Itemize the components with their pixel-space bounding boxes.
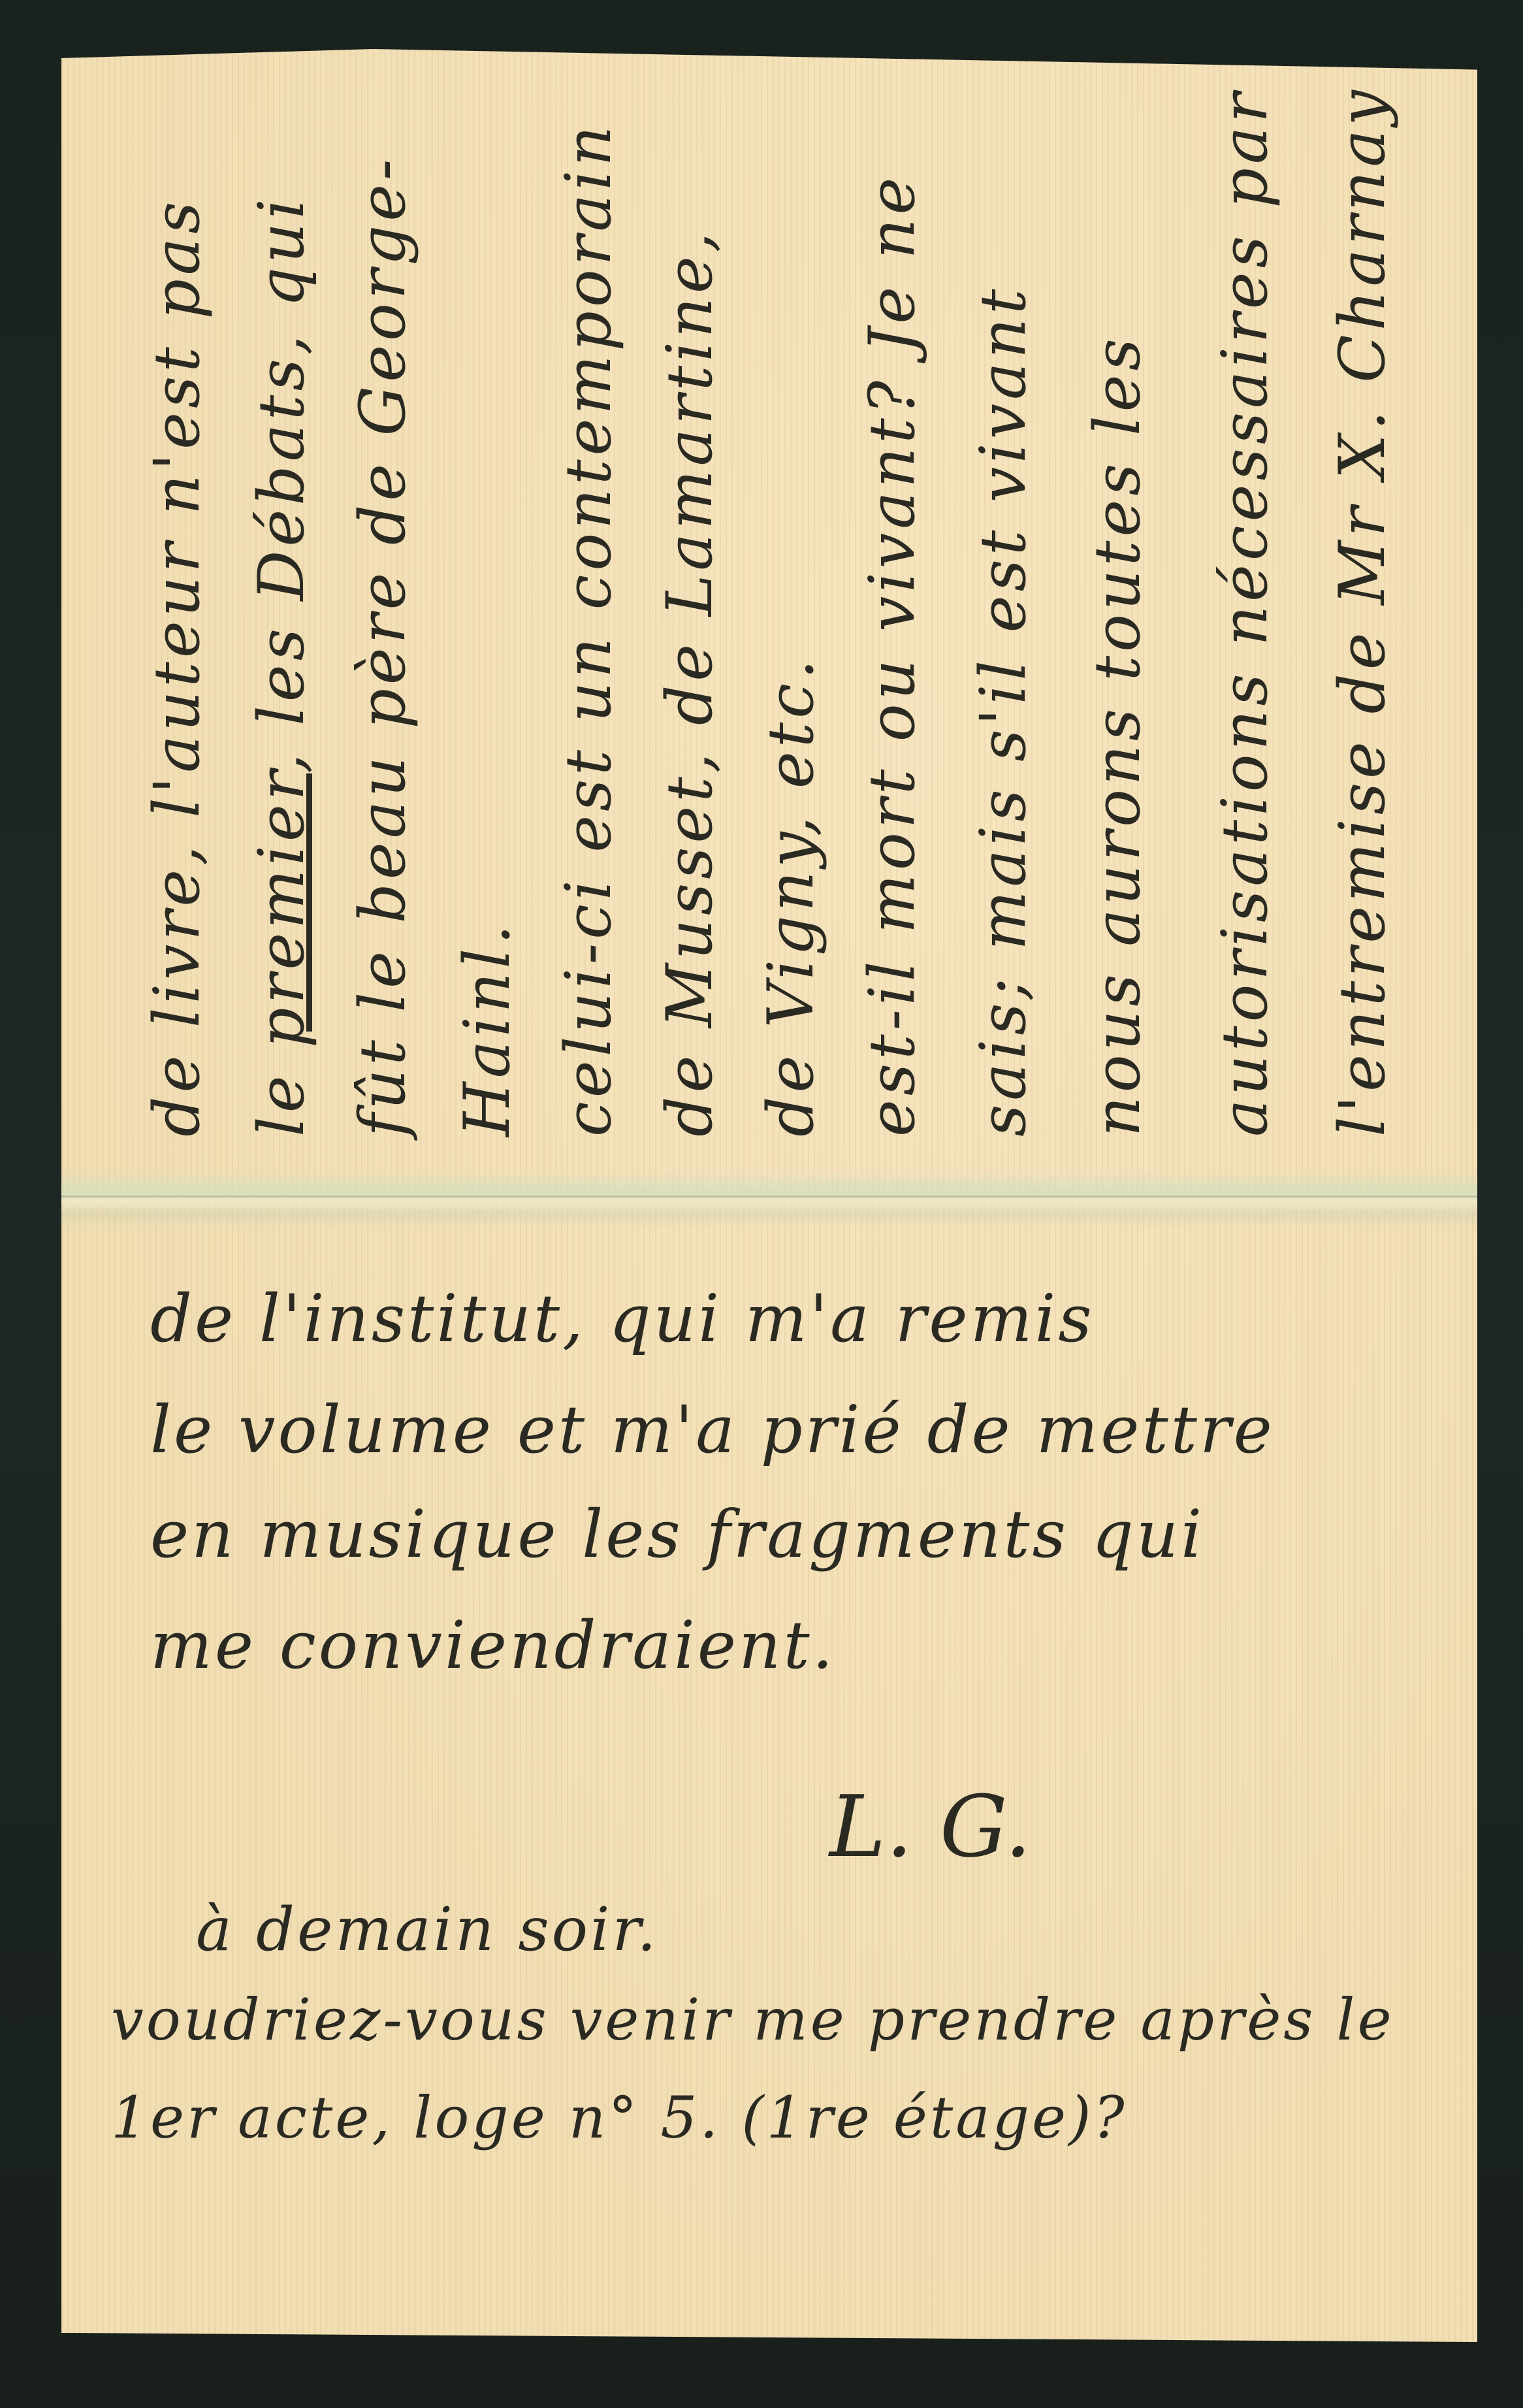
body-line-4: me conviendraient. bbox=[150, 1607, 835, 1684]
rotated-line-9: sais; mais s'il est vivant bbox=[967, 285, 1040, 1137]
signature: L. G. bbox=[829, 1777, 1032, 1876]
rotated-line-2-text: le premier, les Débats, qui bbox=[245, 195, 318, 1137]
rotated-line-7: de Vigny, etc. bbox=[754, 655, 827, 1137]
rotated-line-5: celui-ci est un contemporain bbox=[552, 122, 625, 1137]
rotated-line-1: de livre, l'auteur n'est pas bbox=[140, 198, 214, 1137]
postscript-line-1: à demain soir. bbox=[196, 1895, 659, 1964]
postscript-line-3: 1er acte, loge n° 5. (1re étage)? bbox=[111, 2084, 1127, 2151]
paper-fold-shading bbox=[61, 1169, 1477, 1228]
rotated-line-12: l'entremise de Mr X. Charnay bbox=[1326, 86, 1399, 1137]
underlined-word: premier bbox=[245, 773, 318, 1048]
rotated-line-2: le premier, les Débats, qui bbox=[245, 195, 318, 1137]
rotated-line-10: nous aurons toutes les bbox=[1081, 334, 1154, 1137]
body-line-1: de l'institut, qui m'a remis bbox=[150, 1280, 1095, 1357]
postscript-line-2: voudriez-vous venir me prendre après le bbox=[111, 1986, 1394, 2053]
rotated-line-8: est-il mort ou vivant? Je ne bbox=[856, 174, 929, 1137]
rotated-line-11: autorisations nécessaires par bbox=[1208, 89, 1281, 1137]
body-line-3: en musique les fragments qui bbox=[150, 1496, 1204, 1572]
rotated-line-4: Hainl. bbox=[451, 920, 524, 1137]
rotated-line-6: de Musset, de Lamartine, bbox=[653, 229, 726, 1137]
paper-fold-line bbox=[61, 1196, 1477, 1197]
body-line-2: le volume et m'a prié de mettre bbox=[150, 1391, 1275, 1468]
rotated-line-3: fût le beau père de George- bbox=[346, 155, 419, 1137]
